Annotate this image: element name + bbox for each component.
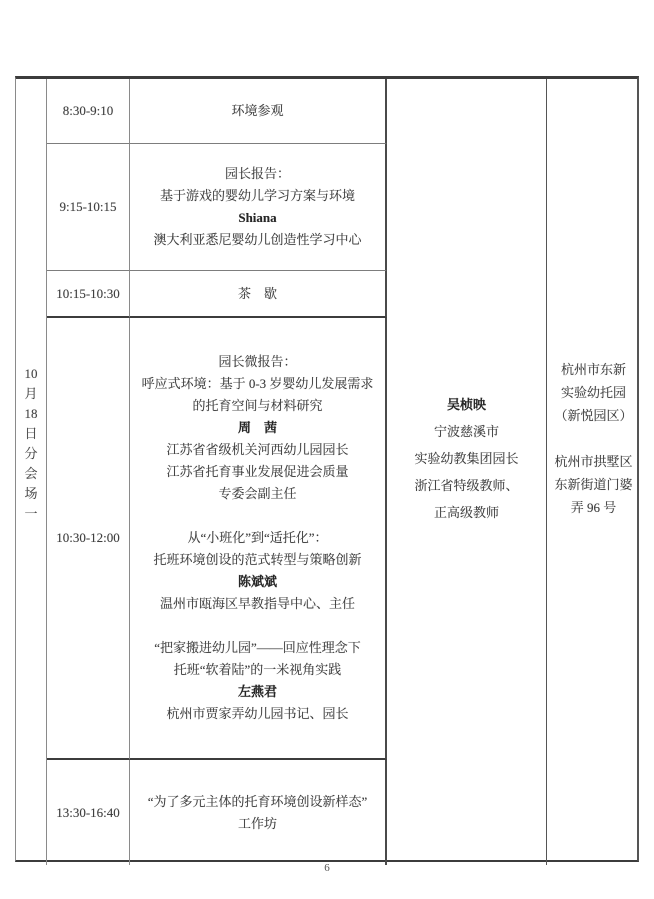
text-line: 园长报告： <box>225 163 290 185</box>
text-line: 会 <box>24 464 37 484</box>
session-content-cell: “为了多元主体的托育环境创设新样态”工作坊 <box>130 760 387 865</box>
text-line: 基于游戏的婴幼儿学习方案与环境 <box>160 185 355 207</box>
text-line: “把家搬进幼儿园”——回应性理念下 <box>154 637 361 659</box>
page-number: 6 <box>0 862 654 874</box>
text-line: 环境参观 <box>231 100 283 122</box>
text-line: 实验幼托园 <box>561 381 626 404</box>
text-line: 托班“软着陆”的一米视角实践 <box>174 659 342 681</box>
text-line: 浙江省特级教师、 <box>414 472 518 499</box>
text-line <box>256 615 259 637</box>
text-line: 江苏省托育事业发展促进会质量 <box>166 461 348 483</box>
text-line: 10 <box>25 364 38 384</box>
text-line: 正高级教师 <box>434 499 499 526</box>
location-cell: 杭州市东新实验幼托园（新悦园区） 杭州市拱墅区东新街道门婆弄 96 号 <box>547 79 640 865</box>
text-line: 宁波慈溪市 <box>434 418 499 445</box>
text-line: 从“小班化”到“适托化”： <box>187 527 327 549</box>
session-content-cell: 园长报告：基于游戏的婴幼儿学习方案与环境Shiana澳大利亚悉尼婴幼儿创造性学习… <box>130 144 387 271</box>
text-line: 一 <box>24 504 37 524</box>
text-line: 实验幼教集团园长 <box>414 445 518 472</box>
text-line: 月 <box>24 384 37 404</box>
text-line: 东新街道门婆 <box>554 473 632 496</box>
text-line: 弄 96 号 <box>571 496 617 519</box>
time-cell: 9:15-10:15 <box>47 144 130 271</box>
text-line: 周 茜 <box>238 417 277 439</box>
text-line: 分 <box>24 444 37 464</box>
text-line: 澳大利亚悉尼婴幼儿创造性学习中心 <box>153 229 361 251</box>
text-line <box>256 505 259 527</box>
host-cell: 吴桢映宁波慈溪市实验幼教集团园长浙江省特级教师、正高级教师 <box>387 79 547 865</box>
text-line: 呼应式环境：基于 0-3 岁婴幼儿发展需求 <box>142 373 374 395</box>
text-line: 吴桢映 <box>447 391 486 418</box>
document-page: 10月18日分会场一 8:30-9:10 环境参观 9:15-10:15 园长报… <box>0 0 654 899</box>
text-line: 园长微报告： <box>218 351 296 373</box>
text-line: 左燕君 <box>238 681 277 703</box>
text-line: 杭州市东新 <box>561 358 626 381</box>
venue-label-cell: 10月18日分会场一 <box>16 79 47 865</box>
time-cell: 13:30-16:40 <box>47 760 130 865</box>
text-line: Shiana <box>238 207 276 229</box>
text-line: 工作坊 <box>238 813 277 835</box>
text-line: 场 <box>24 484 37 504</box>
time-cell: 8:30-9:10 <box>47 79 130 144</box>
schedule-table: 10月18日分会场一 8:30-9:10 环境参观 9:15-10:15 园长报… <box>15 76 639 862</box>
text-line: 杭州市拱墅区 <box>554 450 632 473</box>
session-content-cell: 茶 歇 <box>130 271 387 318</box>
text-line: 日 <box>24 424 37 444</box>
text-line: 托班环境创设的范式转型与策略创新 <box>153 549 361 571</box>
session-content-cell: 环境参观 <box>130 79 387 144</box>
text-line: 的托育空间与材料研究 <box>192 395 322 417</box>
text-line: 茶 歇 <box>238 283 277 305</box>
text-line: 18 <box>25 404 38 424</box>
time-cell: 10:30-12:00 <box>47 318 130 760</box>
text-line: 杭州市贾家弄幼儿园书记、园长 <box>166 703 348 725</box>
time-cell: 10:15-10:30 <box>47 271 130 318</box>
text-line: 温州市瓯海区早教指导中心、主任 <box>160 593 355 615</box>
text-line: “为了多元主体的托育环境创设新样态” <box>148 791 368 813</box>
text-line: （新悦园区） <box>554 404 632 427</box>
text-line: 陈斌斌 <box>238 571 277 593</box>
text-line: 江苏省省级机关河西幼儿园园长 <box>166 439 348 461</box>
session-content-cell: 园长微报告：呼应式环境：基于 0-3 岁婴幼儿发展需求的托育空间与材料研究周 茜… <box>130 318 387 760</box>
text-line <box>592 427 595 450</box>
text-line: 专委会副主任 <box>218 483 296 505</box>
